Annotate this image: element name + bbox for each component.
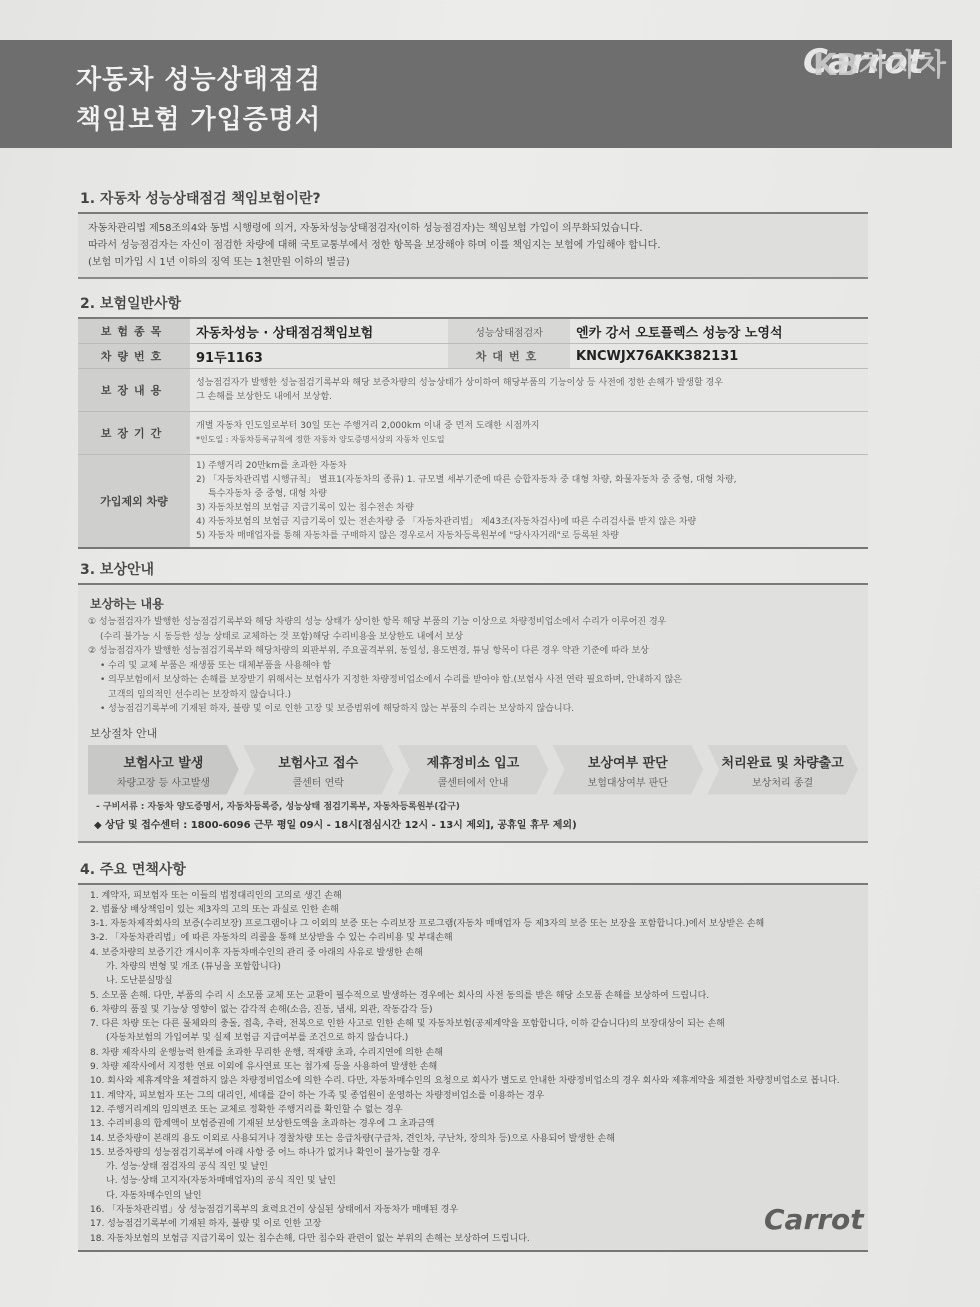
section-3: 3. 보상안내 보상하는 내용 ① 성능점검자가 발행한 성능점검기록부와 해당… <box>78 559 868 843</box>
period-value: 개별 자동차 인도일로부터 30일 또는 주행거리 2,000km 이내 중 먼… <box>190 412 868 455</box>
exclusion-item: 16. 「자동차관리법」상 성능점검기록부의 효력요건이 상실된 상태에서 자동… <box>90 1203 858 1217</box>
exclusion-item: 가. 차량의 변형 및 개조 (튜닝을 포함합니다) <box>90 960 858 974</box>
procedure-steps: 보험사고 발생 차량고장 등 사고발생 보험사고 접수 콜센터 연락 제휴정비소… <box>88 745 858 795</box>
exclusion-item: 나. 도난분실망실 <box>90 974 858 988</box>
excluded-value: 1) 주행거리 20만km를 초과한 자동차 2) 「자동차관리법 시행규칙」 … <box>190 455 868 549</box>
section-1-body: 자동차관리법 제58조의4와 동법 시행령에 의거, 자동차성능상태점검자(이하… <box>78 214 868 279</box>
excluded-line: 특수자동차 중 중형, 대형 차량 <box>196 487 862 501</box>
document-title: 자동차 성능상태점검 책임보험 가입증명서 <box>76 60 321 140</box>
excluded-line: 4) 자동차보험의 보험금 지급기록이 있는 전손차량 중 「자동차관리법」 제… <box>196 515 862 529</box>
section-3-title: 3. 보상안내 <box>78 559 868 585</box>
exclusion-item: 3-2. 「자동차관리법」에 따른 자동차의 리콜을 통해 보상받을 수 있는 … <box>90 931 858 945</box>
coverage-value: 성능점검자가 발행한 성능점검기록부와 해당 보증차량의 성능상태가 상이하여 … <box>190 369 868 412</box>
exclusion-item: 9. 차량 제작사에서 지정한 연료 이외에 유사연료 또는 첨가제 등을 사용… <box>90 1060 858 1074</box>
vin-label: 차대번호 <box>448 344 570 369</box>
exclusion-item: 4. 보증차량의 보증기간 개시이후 자동차매수인의 관리 중 아래의 사유로 … <box>90 946 858 960</box>
inspector-value: 엔카 강서 오토플렉스 성능장 노영석 <box>570 319 868 344</box>
title-line-1: 자동차 성능상태점검 <box>76 60 321 100</box>
excluded-line: 2) 「자동차관리법 시행규칙」 별표1(자동차의 종류) 1. 규모별 세부기… <box>196 473 862 487</box>
exclusion-item: 14. 보증차량이 본래의 용도 이외로 사용되거나 경찰차량 또는 응급차량(… <box>90 1132 858 1146</box>
covered-line: ② 성능점검자가 발행한 성능점검기록부와 해당차량의 외판부위, 주요골격부위… <box>88 644 858 659</box>
covered-line: ① 성능점검자가 발행한 성능점검기록부와 해당 차량의 성능 상태가 상이한 … <box>88 615 858 630</box>
excluded-line: 5) 자동차 매매업자를 통해 자동차를 구매하지 않은 경우로서 자동차등록원… <box>196 529 862 543</box>
insurance-type-value: 자동차성능 · 상태점검책임보험 <box>190 319 448 344</box>
exclusion-item: 다. 자동차매수인의 날인 <box>90 1189 858 1203</box>
covered-line: • 의무보험에서 보상하는 손해를 보장받기 위해서는 보험사가 지정한 차량정… <box>88 673 858 688</box>
excluded-line: 3) 자동차보험의 보험금 지급기록이 있는 침수전손 차량 <box>196 501 862 515</box>
exclusion-item: 12. 주행거리계의 임의변조 또는 교체로 정확한 주행거리를 확인할 수 없… <box>90 1103 858 1117</box>
section-1-title: 1. 자동차 성능상태점검 책임보험이란? <box>78 188 868 214</box>
exclusion-item: 10. 회사와 제휴계약을 체결하지 않은 차량정비업소에 의한 수리. 다만,… <box>90 1074 858 1088</box>
procedure-step: 처리완료 및 차량출고 보상처리 종결 <box>707 745 858 795</box>
exclusion-item: 6. 차량의 품질 및 기능상 영향이 없는 감각적 손해(소음, 진동, 냄새… <box>90 1003 858 1017</box>
inspector-label: 성능상태점검자 <box>448 319 570 344</box>
section-4-title: 4. 주요 면책사항 <box>78 859 868 885</box>
step-subtitle: 차량고장 등 사고발생 <box>88 774 239 789</box>
plate-value: 91두1163 <box>190 344 448 369</box>
exclusion-item: 8. 차량 제작사의 운행능력 한계를 초과한 무리한 운행, 적재량 초과, … <box>90 1046 858 1060</box>
section-2: 2. 보험일반사항 보험종목 자동차성능 · 상태점검책임보험 성능상태점검자 … <box>78 293 868 549</box>
title-line-2: 책임보험 가입증명서 <box>76 100 321 140</box>
period-line: 개별 자동차 인도일로부터 30일 또는 주행거리 2,000km 이내 중 먼… <box>196 419 862 433</box>
compensation-box: 보상하는 내용 ① 성능점검자가 발행한 성능점검기록부와 해당 차량의 성능 … <box>78 585 868 843</box>
exclusion-item: 가. 성능·상태 점검자의 공식 직인 및 날인 <box>90 1160 858 1174</box>
step-subtitle: 콜센터 연락 <box>243 774 394 789</box>
procedure-title: 보상절차 안내 <box>90 725 858 741</box>
insurance-type-label: 보험종목 <box>78 319 190 344</box>
general-info-table: 보험종목 자동차성능 · 상태점검책임보험 성능상태점검자 엔카 강서 오토플렉… <box>78 319 868 549</box>
exclusion-item: 2. 법률상 배상책임이 있는 제3자의 고의 또는 과실로 인한 손해 <box>90 903 858 917</box>
step-subtitle: 보험대상여부 판단 <box>552 774 703 789</box>
step-title: 처리완료 및 차량출고 <box>707 752 858 771</box>
section-1-line: (보험 미가입 시 1년 이하의 징역 또는 1천만원 이하의 벌금) <box>88 254 858 271</box>
exclusion-item: 18. 자동차보험의 보험금 지급기록이 있는 침수손해, 다만 침수와 관련이… <box>90 1232 858 1246</box>
contact-center: ◆ 상담 및 접수센터 : 1800-6096 근무 평일 09시 - 18시[… <box>94 816 858 831</box>
plate-label: 차량번호 <box>78 344 190 369</box>
exclusions-list: 1. 계약자, 피보험자 또는 이들의 법정대리인의 고의로 생긴 손해2. 법… <box>78 885 868 1252</box>
required-documents: - 구비서류 : 자동차 양도증명서, 자동차등록증, 성능상태 점검기록부, … <box>96 799 858 812</box>
section-4: 4. 주요 면책사항 1. 계약자, 피보험자 또는 이들의 법정대리인의 고의… <box>78 859 868 1252</box>
step-title: 제휴정비소 입고 <box>398 752 549 771</box>
document-body: 1. 자동차 성능상태점검 책임보험이란? 자동차관리법 제58조의4와 동법 … <box>78 188 868 1252</box>
covered-line: (수리 불가능 시 동등한 성능 상태로 교체하는 것 포함)해당 수리비용을 … <box>88 630 858 645</box>
period-label: 보장기간 <box>78 412 190 455</box>
section-1: 1. 자동차 성능상태점검 책임보험이란? 자동차관리법 제58조의4와 동법 … <box>78 188 868 279</box>
kb-chachacha-watermark: KB차차차 <box>813 40 946 84</box>
step-title: 보험사고 접수 <box>243 752 394 771</box>
procedure-step: 제휴정비소 입고 콜센터에서 안내 <box>398 745 549 795</box>
exclusion-item: 11. 계약자, 피보험자 또는 그의 대리인, 세대를 같이 하는 가족 및 … <box>90 1089 858 1103</box>
covered-line: • 성능점검기록부에 기재된 하자, 불량 및 이로 인한 고장 및 보증범위에… <box>88 702 858 717</box>
procedure-step: 보상여부 판단 보험대상여부 판단 <box>552 745 703 795</box>
coverage-line: 성능점검자가 발행한 성능점검기록부와 해당 보증차량의 성능상태가 상이하여 … <box>196 376 862 390</box>
step-title: 보험사고 발생 <box>88 752 239 771</box>
exclusion-item: 7. 다른 차량 또는 다른 물체와의 충돌, 접촉, 추락, 전복으로 인한 … <box>90 1017 858 1031</box>
coverage-label: 보장내용 <box>78 369 190 412</box>
exclusion-item: (자동차보험의 가입여부 및 실제 보험금 지급여부를 조건으로 하지 않습니다… <box>90 1031 858 1045</box>
coverage-line: 그 손해를 보상한도 내에서 보상함. <box>196 390 862 404</box>
exclusion-item: 3-1. 자동차제작회사의 보증(수리보장) 프로그램이나 그 이외의 보증 또… <box>90 917 858 931</box>
section-2-title: 2. 보험일반사항 <box>78 293 868 319</box>
procedure-step: 보험사고 발생 차량고장 등 사고발생 <box>88 745 239 795</box>
exclusion-item: 15. 보증차량의 성능점검기록부에 아래 사항 중 어느 하나가 없거나 확인… <box>90 1146 858 1160</box>
vin-value: KNCWJX76AKK382131 <box>570 344 868 369</box>
section-1-line: 자동차관리법 제58조의4와 동법 시행령에 의거, 자동차성능상태점검자(이하… <box>88 220 858 237</box>
excluded-label: 가입제외 차량 <box>78 455 190 549</box>
step-subtitle: 보상처리 종결 <box>707 774 858 789</box>
exclusion-item: 13. 수리비용의 합계액이 보험증권에 기재된 보상한도액을 초과하는 경우에… <box>90 1117 858 1131</box>
document-header: 자동차 성능상태점검 책임보험 가입증명서 Carrot KB차차차 <box>0 40 952 148</box>
step-subtitle: 콜센터에서 안내 <box>398 774 549 789</box>
covered-line: • 수리 및 교체 부품은 재생품 또는 대체부품을 사용해야 함 <box>88 659 858 674</box>
exclusion-item: 17. 성능점검기록부에 기재된 하자, 불량 및 이로 인한 고장 <box>90 1217 858 1231</box>
exclusion-item: 5. 소모품 손해. 다만, 부품의 수리 시 소모품 교체 또는 교환이 필수… <box>90 989 858 1003</box>
step-title: 보상여부 판단 <box>552 752 703 771</box>
exclusion-item: 1. 계약자, 피보험자 또는 이들의 법정대리인의 고의로 생긴 손해 <box>90 889 858 903</box>
excluded-line: 1) 주행거리 20만km를 초과한 자동차 <box>196 459 862 473</box>
exclusion-item: 나. 성능·상태 고지자(자동차매매업자)의 공식 직인 및 날인 <box>90 1174 858 1188</box>
section-1-line: 따라서 성능점검자는 자신이 점검한 차량에 대해 국토교통부에서 정한 항목을… <box>88 237 858 254</box>
procedure-step: 보험사고 접수 콜센터 연락 <box>243 745 394 795</box>
covered-title: 보상하는 내용 <box>90 595 858 612</box>
covered-line: 고객의 임의적인 선수리는 보장하지 않습니다.) <box>88 688 858 703</box>
carrot-logo-footer: Carrot <box>764 1203 864 1236</box>
period-line: *인도일 : 자동차등록규칙에 정한 자동차 양도증명서상의 자동차 인도일 <box>196 433 862 447</box>
